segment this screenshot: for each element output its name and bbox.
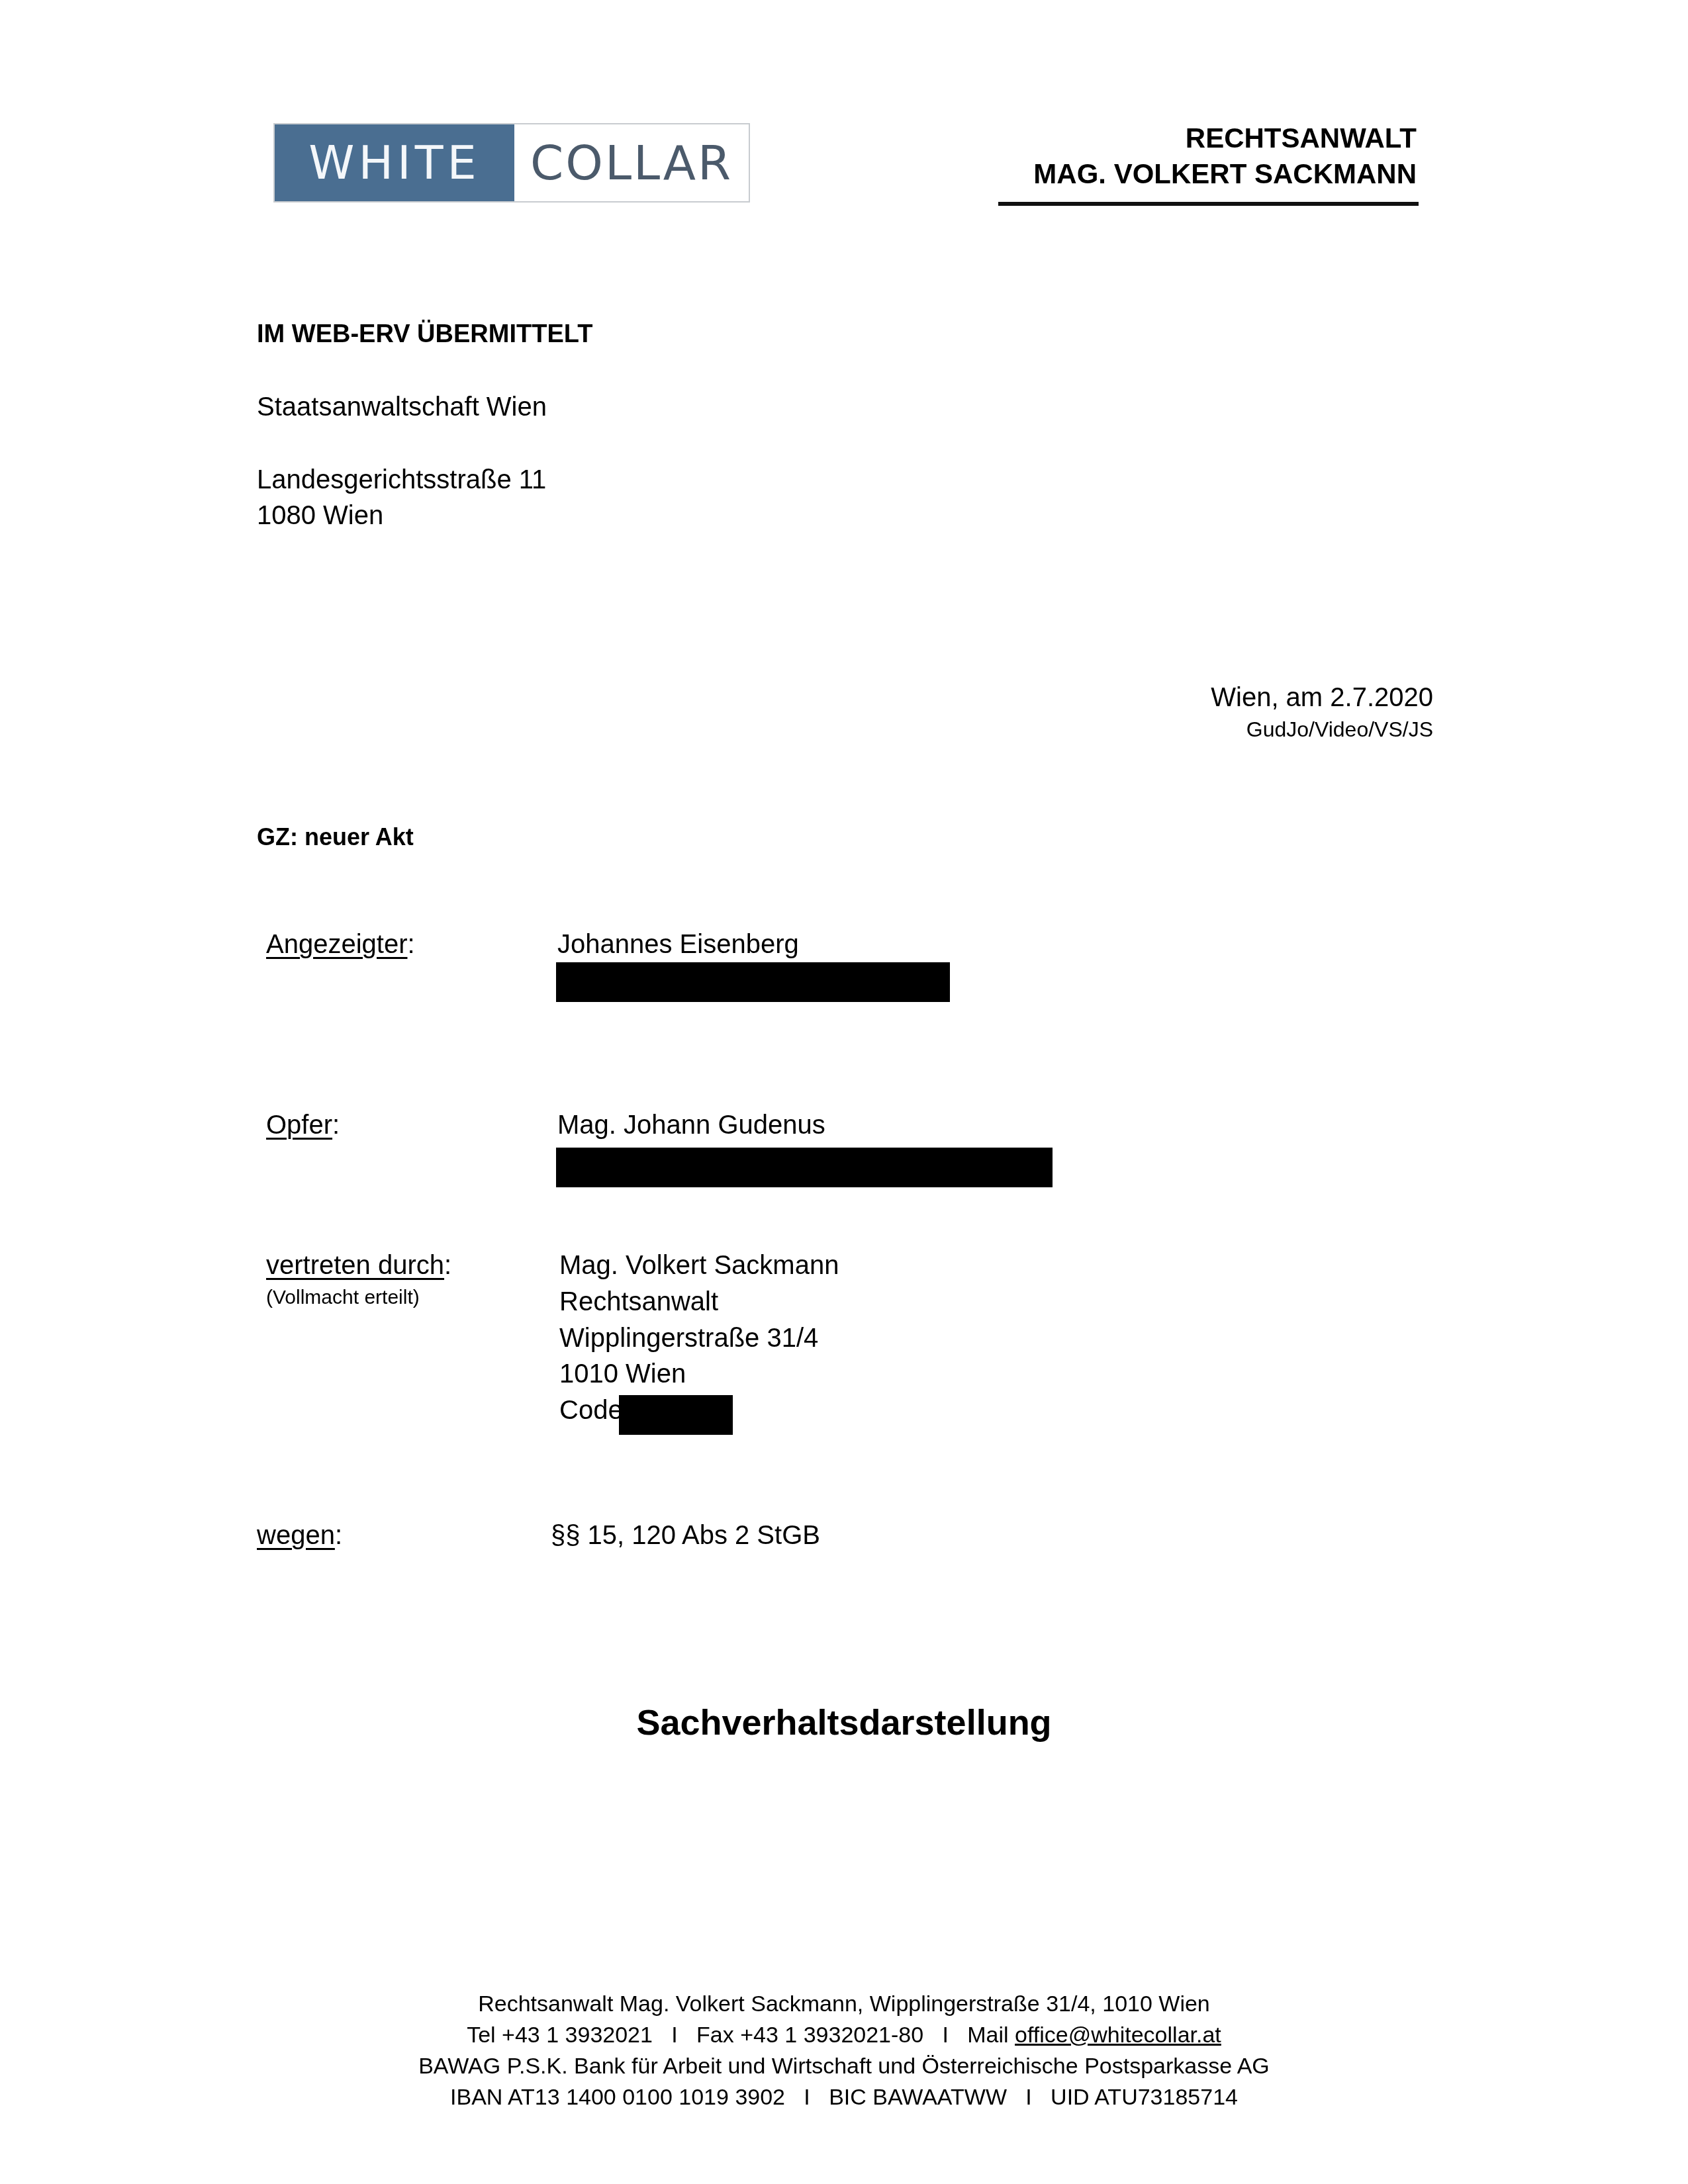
document-date: Wien, am 2.7.2020 — [1211, 680, 1433, 715]
victim-name: Mag. Johann Gudenus — [557, 1107, 825, 1143]
regarding-value: §§ 15, 120 Abs 2 StGB — [551, 1518, 820, 1553]
email-link[interactable]: office@whitecollar.at — [1015, 2023, 1221, 2048]
letterhead-title: RECHTSANWALT — [1033, 120, 1417, 156]
document-title: Sachverhaltsdarstellung — [0, 1700, 1688, 1746]
representative-name: Mag. Volkert Sackmann — [559, 1248, 839, 1283]
accused-name: Johannes Eisenberg — [557, 927, 799, 962]
redacted-accused-address — [556, 962, 950, 1002]
letterhead: RECHTSANWALT MAG. VOLKERT SACKMANN — [1033, 120, 1417, 192]
footer-bank-details: IBAN AT13 1400 0100 1019 3902 I BIC BAWA… — [0, 2082, 1688, 2113]
redacted-code — [619, 1395, 733, 1435]
footer-contact: Tel +43 1 3932021 I Fax +43 1 3932021-80… — [0, 2020, 1688, 2051]
reference-code: GudJo/Video/VS/JS — [1246, 716, 1433, 743]
footer: Rechtsanwalt Mag. Volkert Sackmann, Wipp… — [0, 1989, 1688, 2113]
logo-collar-text: COLLAR — [514, 124, 749, 201]
representative-title: Rechtsanwalt — [559, 1284, 718, 1320]
accused-label: Angezeigter: — [266, 927, 415, 962]
logo-white-text: WHITE — [275, 124, 514, 201]
recipient-city: 1080 Wien — [257, 498, 383, 533]
transmission-note: IM WEB-ERV ÜBERMITTELT — [257, 316, 592, 352]
power-of-attorney-note: (Vollmacht erteilt) — [266, 1285, 420, 1310]
letterhead-name: MAG. VOLKERT SACKMANN — [1033, 156, 1417, 192]
representative-city: 1010 Wien — [559, 1356, 686, 1392]
recipient-name: Staatsanwaltschaft Wien — [257, 389, 547, 425]
footer-address: Rechtsanwalt Mag. Volkert Sackmann, Wipp… — [0, 1989, 1688, 2020]
representative-street: Wipplingerstraße 31/4 — [559, 1320, 818, 1356]
represented-by-label: vertreten durch: — [266, 1248, 451, 1283]
letterhead-divider — [998, 202, 1419, 206]
representative-code-label: Code — [559, 1392, 623, 1428]
regarding-label: wegen: — [257, 1518, 342, 1553]
recipient-street: Landesgerichtsstraße 11 — [257, 462, 546, 498]
case-number: GZ: neuer Akt — [257, 819, 414, 855]
redacted-victim-address — [556, 1148, 1053, 1187]
white-collar-logo: WHITE COLLAR — [273, 123, 750, 203]
footer-bank: BAWAG P.S.K. Bank für Arbeit und Wirtsch… — [0, 2051, 1688, 2082]
victim-label: Opfer: — [266, 1107, 340, 1143]
